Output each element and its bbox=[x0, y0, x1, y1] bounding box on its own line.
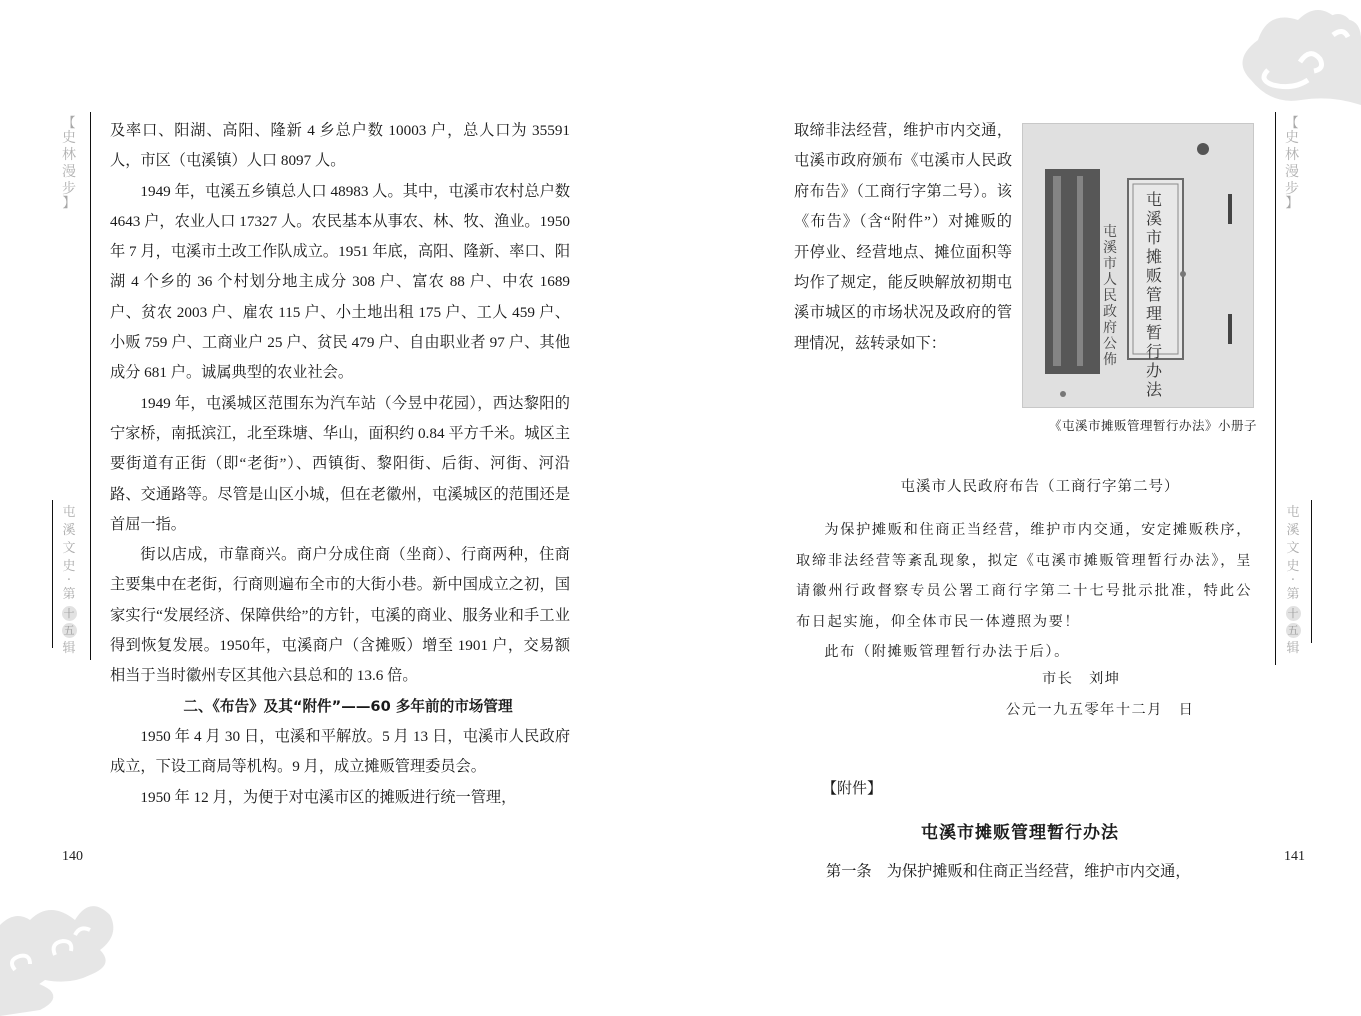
left-margin-rule-long bbox=[90, 112, 91, 660]
right-margin-rule-short bbox=[1311, 500, 1312, 643]
section-heading: 二、《布告》及其“附件”——60 多年前的市场管理 bbox=[110, 692, 570, 722]
page-number-left: 140 bbox=[62, 849, 83, 865]
signature-date: 公元一九五零年十二月 日 bbox=[1006, 699, 1194, 719]
page-number-right: 141 bbox=[1284, 849, 1305, 865]
notice-paragraph: 为保护摊贩和住商正当经营，维护市内交通，安定摊贩秩序，取缔非法经营等紊乱现象，拟… bbox=[796, 515, 1252, 637]
paragraph: 及率口、阳湖、高阳、隆新 4 乡总户数 10003 户，总人口为 35591 人… bbox=[110, 116, 570, 177]
cloud-ornament-bottom-left-icon bbox=[0, 895, 120, 1016]
paragraph: 街以店成，市靠商兴。商户分成住商（坐商）、行商两种，住商主要集中在老街，行商则遍… bbox=[110, 540, 570, 691]
section-label-left: 【 史 林 漫 步 】 bbox=[60, 118, 78, 210]
paragraph: 1950 年 4 月 30 日，屯溪和平解放。5 月 13 日，屯溪市人民政府成… bbox=[110, 722, 570, 783]
section-label-right: 【 史 林 漫 步 】 bbox=[1283, 118, 1301, 210]
attachment-label: 【附件】 bbox=[822, 777, 882, 798]
booklet-publisher-text: 屯溪市人民政府公佈 bbox=[1103, 224, 1121, 368]
attachment-title: 屯溪市摊贩管理暂行办法 bbox=[830, 818, 1210, 843]
left-margin-rule-short bbox=[52, 500, 53, 648]
left-page-body: 及率口、阳湖、高阳、隆新 4 乡总户数 10003 户，总人口为 35591 人… bbox=[110, 116, 570, 813]
notice-title: 屯溪市人民政府布告（工商行字第二号） bbox=[830, 475, 1250, 496]
booklet-title-text: 屯溪市摊贩管理暂行办法 bbox=[1146, 190, 1166, 399]
notice-paragraph: 此布（附摊贩管理暂行办法于后）。 bbox=[796, 637, 1252, 668]
photo-caption: 《屯溪市摊贩管理暂行办法》小册子 bbox=[1012, 416, 1257, 434]
booklet-cover-image bbox=[1023, 124, 1253, 407]
right-margin-rule-long bbox=[1275, 112, 1276, 665]
notice-body: 为保护摊贩和住商正当经营，维护市内交通，安定摊贩秩序，取缔非法经营等紊乱现象，拟… bbox=[796, 515, 1252, 668]
article-one: 第一条 为保护摊贩和住商正当经营，维护市内交通， bbox=[826, 860, 1191, 881]
volume-label-right: 屯 溪 文 史 · 第 十 五 辑 bbox=[1284, 504, 1302, 658]
booklet-photo: 屯溪市摊贩管理暂行办法 屯溪市人民政府公佈 bbox=[1022, 123, 1254, 408]
cloud-ornament-top-right-icon bbox=[1238, 0, 1361, 105]
right-page-intro: 取缔非法经营，维护市内交通，屯溪市政府颁布《屯溪市人民政府布告》（工商行字第二号… bbox=[794, 116, 1012, 359]
volume-label-left: 屯 溪 文 史 · 第 十 五 辑 bbox=[60, 504, 78, 658]
signature-mayor: 市长 刘坤 bbox=[1042, 668, 1120, 688]
paragraph: 1950 年 12 月，为便于对屯溪市区的摊贩进行统一管理， bbox=[110, 783, 570, 813]
paragraph: 1949 年，屯溪五乡镇总人口 48983 人。其中，屯溪市农村总户数 4643… bbox=[110, 177, 570, 389]
paragraph: 1949 年，屯溪城区范围东为汽车站（今昱中花园），西达黎阳的宁家桥，南抵滨江，… bbox=[110, 389, 570, 540]
